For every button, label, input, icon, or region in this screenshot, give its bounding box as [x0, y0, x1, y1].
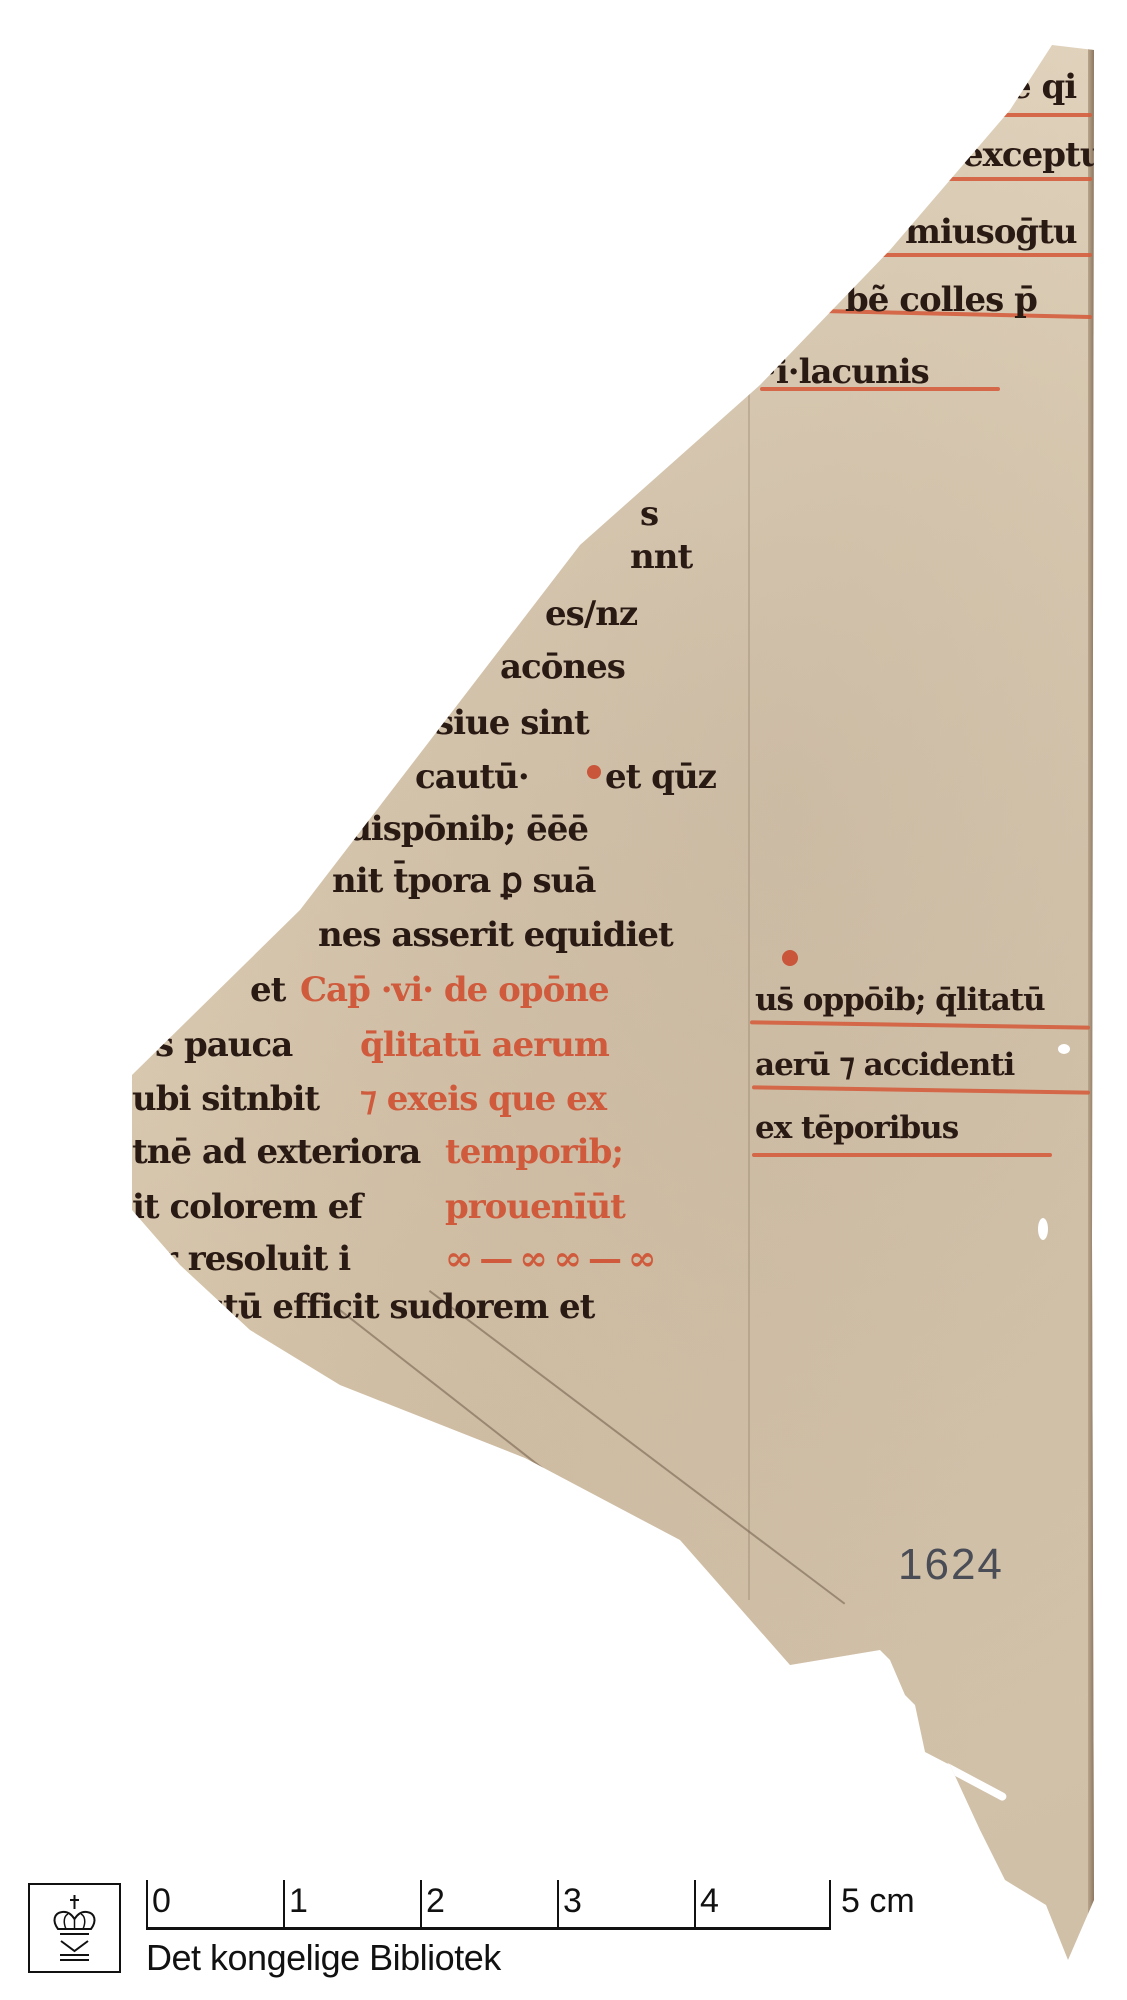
scale-tick-label: 2 — [426, 1882, 445, 1921]
text-line: stū efficit sudorem et — [205, 1290, 594, 1324]
scale-tick — [146, 1880, 148, 1930]
text-line: nit t̄pora ꝑ suā — [332, 864, 595, 898]
red-ruling — [752, 1153, 1052, 1157]
text-line: ẽ qi — [1010, 70, 1076, 104]
paragraph-mark — [782, 950, 798, 966]
rubric-line: ⁊ exeis que ex — [360, 1082, 606, 1116]
text-line: siue sint — [435, 706, 589, 740]
institution-name: Det kongelige Bibliotek — [146, 1937, 501, 1979]
text-line: nes asserit equidiet — [318, 918, 673, 952]
crease-line — [429, 1290, 845, 1604]
scale-baseline — [146, 1927, 831, 1930]
column-rule-line — [749, 300, 751, 1600]
text-line: acōnes — [500, 650, 625, 684]
crown-icon — [30, 1885, 119, 1971]
pencil-shelfmark: 1624 — [898, 1540, 1004, 1590]
crease-line — [334, 1305, 776, 1651]
parchment-hole — [1058, 1044, 1070, 1054]
text-line: es/nz — [545, 597, 637, 631]
text-line: et — [250, 973, 285, 1007]
text-line: us̄ oppōib; q̄litatū — [755, 985, 1045, 1016]
scale-tick — [420, 1880, 422, 1930]
scale-bar: 0 1 2 3 4 — [146, 1880, 831, 1930]
text-line: r resoluit i — [160, 1242, 350, 1276]
parchment-hole — [942, 1762, 1008, 1802]
red-ruling — [752, 1085, 1090, 1094]
text-line: ubi sitnbit — [132, 1082, 319, 1116]
scale-tick-label: 0 — [152, 1882, 171, 1921]
text-line: tnē ad exteriora — [132, 1135, 420, 1169]
text-line: aerū ⁊ accidenti — [755, 1050, 1014, 1081]
red-ruling — [1000, 113, 1092, 117]
rubric-line: prouenīūt — [445, 1190, 625, 1224]
parchment-hole — [1038, 1218, 1048, 1240]
text-line: s pauca — [155, 1028, 292, 1062]
manuscript-fragment: ẽ qi exceptu miusoḡtu bẽ colles p̄ ·i·la… — [0, 0, 1127, 2000]
scale-tick — [283, 1880, 285, 1930]
text-line: et qūz — [605, 760, 716, 794]
text-line: bẽ colles p̄ — [845, 283, 1037, 317]
scale-tick — [557, 1880, 559, 1930]
text-line: exceptu — [962, 138, 1103, 172]
rubric-line: q̄litatū aerum — [360, 1028, 609, 1062]
red-ruling — [750, 1020, 1090, 1029]
text-line: s — [640, 497, 658, 531]
text-line: cautū· — [415, 760, 529, 794]
text-line: ex tēporibus — [755, 1113, 958, 1144]
scale-tick-label: 4 — [700, 1882, 719, 1921]
text-line: it colorem ef — [132, 1190, 362, 1224]
scale-unit-label: 5 cm — [841, 1882, 915, 1921]
rubric-line: Cap̄ ·vi· de opōne — [300, 973, 609, 1007]
scale-tick-label: 1 — [289, 1882, 308, 1921]
line-filler-ornament: ∞—∞∞—∞ — [445, 1242, 662, 1276]
text-line: ·i·lacunis — [765, 355, 929, 389]
scale-tick — [829, 1880, 831, 1930]
scale-tick-label: 3 — [563, 1882, 582, 1921]
rubric-line: temporib; — [445, 1135, 623, 1169]
text-line: dispōnib; ēēē — [348, 812, 588, 846]
text-line: miusoḡtu — [905, 215, 1077, 249]
scale-tick — [694, 1880, 696, 1930]
text-line: nnt — [630, 540, 692, 574]
page-edge — [1088, 45, 1094, 1925]
paragraph-mark — [587, 765, 601, 779]
red-ruling — [935, 177, 1092, 181]
red-ruling — [880, 253, 1092, 257]
library-logo — [28, 1883, 121, 1973]
